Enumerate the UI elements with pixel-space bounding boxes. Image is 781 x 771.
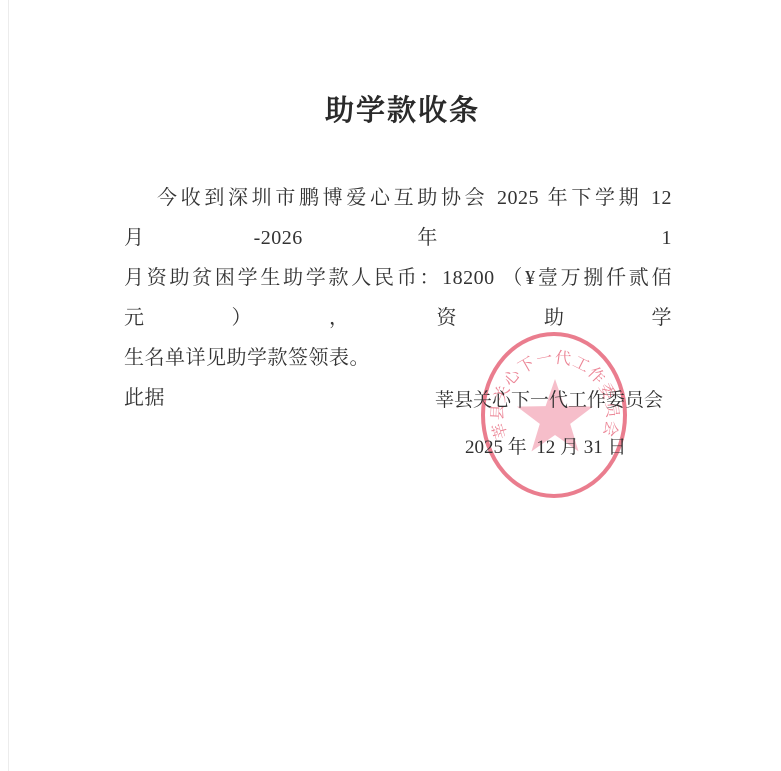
receipt-document-page: 助学款收条 今收到深圳市鹏博爱心互助协会 2025 年下学期 12 月-2026… bbox=[0, 0, 781, 771]
signature-organization: 莘县关心下一代工作委员会 bbox=[435, 385, 663, 412]
scan-edge-line bbox=[8, 0, 9, 771]
document-title: 助学款收条 bbox=[12, 88, 781, 129]
official-seal-stamp: 莘县关心下一代工作委员会 bbox=[469, 322, 639, 508]
signature-date: 2025 年 12 月 31 日 bbox=[465, 432, 627, 459]
body-line-1: 今收到深圳市鹏博爱心互助协会 2025 年下学期 12 月-2026 年 1 bbox=[124, 178, 672, 258]
seal-graphic: 莘县关心下一代工作委员会 bbox=[469, 322, 639, 508]
